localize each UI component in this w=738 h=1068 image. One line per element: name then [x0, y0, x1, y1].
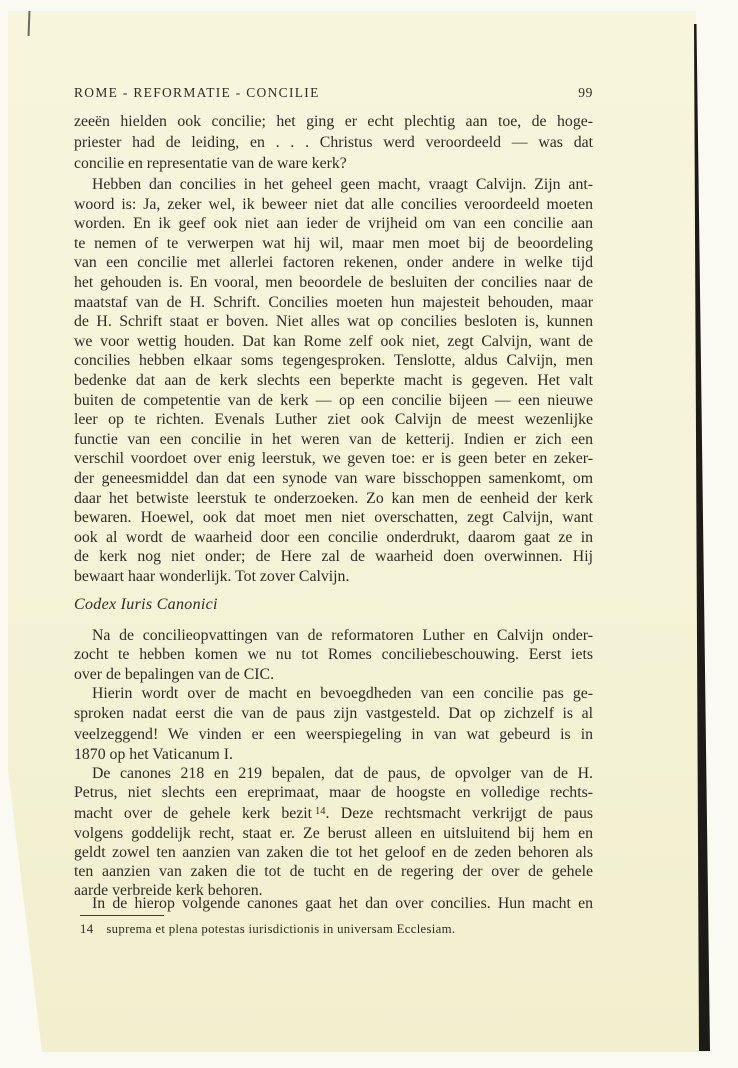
paragraph-part: De canones 218 en 219 bepalen, dat de pa… [74, 764, 593, 802]
text-line: Petrus, niet slechts een ereprimaat, maa… [74, 783, 593, 802]
text-line: ook al wordt de waarheid door een concil… [74, 528, 593, 548]
text-line: volgens goddelijk recht, staat er. Ze be… [74, 824, 593, 843]
text-line: priester had de leiding, en . . . Christ… [74, 132, 593, 153]
text-line: concilie en representatie van de ware ke… [74, 153, 593, 174]
text-line: der geneesmiddel dan dat een synode van … [74, 469, 593, 489]
text-line: Hebben dan concilies in het geheel geen … [74, 175, 593, 195]
section-heading: Codex Iuris Canonici [74, 596, 218, 614]
text-line: bewaart haar wonderlijk. Tot zover Calvi… [74, 567, 593, 587]
text-line: geldt zowel ten aanzien van zaken die to… [74, 843, 593, 862]
text-line: In de hierop volgende canones gaat het d… [74, 894, 593, 914]
text-line: Hierin wordt over de macht en bevoegdhed… [74, 684, 593, 704]
text-line: te nemen of te verwerpen wat hij wil, ma… [74, 234, 593, 254]
text-line: van een concilie met allerlei factoren r… [74, 253, 593, 273]
text-line: over de bepalingen van de CIC. [74, 665, 593, 684]
footnote-text: suprema et plena potestas iurisdictionis… [106, 922, 455, 936]
text-line: 1870 op het Vaticanum I. [74, 745, 593, 765]
text-line: verschil voordoet over enig leerstuk, we… [74, 449, 593, 469]
paragraph: De canones 218 en 219 bepalen, dat de pa… [74, 764, 593, 900]
paragraph-part: volgens goddelijk recht, staat er. Ze be… [74, 824, 593, 901]
text-line: sproken nadat eerst die van de paus zijn… [74, 704, 593, 724]
text-line: De canones 218 en 219 bepalen, dat de pa… [74, 764, 593, 783]
text-line: woord is: Ja, zeker wel, ik beweer niet … [74, 195, 593, 215]
paragraph: Hebben dan concilies in het geheel geen … [74, 175, 593, 586]
text-line: ten aanzien van zaken die tot de tucht e… [74, 862, 593, 881]
page-number: 99 [578, 85, 593, 101]
text-line: maatstaf van de H. Schrift. Concilies mo… [74, 293, 593, 313]
text-line: daar het betwiste leerstuk te onderzoeke… [74, 489, 593, 509]
text-line: worden. En ik geef ook niet aan ieder de… [74, 214, 593, 234]
paragraph: In de hierop volgende canones gaat het d… [74, 894, 593, 914]
footnote-rule [80, 915, 164, 916]
text-line: functie van een concilie in het weren va… [74, 430, 593, 450]
paragraph: Na de concilieopvattingen van de reforma… [74, 626, 593, 684]
text-line: zeeën hielden ook concilie; het ging er … [74, 111, 593, 132]
text-segment: macht over de gehele kerk bezit [74, 805, 312, 822]
text-line: zocht te hebben komen we nu tot Romes co… [74, 645, 593, 664]
text-line: leer op te richten. Evenals Luther ziet … [74, 410, 593, 430]
text-line: buiten de competentie van de kerk — op e… [74, 391, 593, 411]
text-line: concilies hebben elkaar soms tegengespro… [74, 351, 593, 371]
text-line: de H. Schrift staat er boven. Niet alles… [74, 312, 593, 332]
text-line: het gehouden is. En vooral, men beoordel… [74, 273, 593, 293]
footnote-ref-superscript: 14 [315, 806, 326, 817]
footnote-number: 14 [80, 922, 93, 936]
text-segment: . Deze rechtsmacht verkrijgt de paus [326, 805, 593, 822]
running-title: ROME - REFORMATIE - CONCILIE [74, 85, 320, 101]
text-line: macht over de gehele kerk bezit14. Deze … [74, 802, 593, 823]
text-line: we voor wettig houden. Dat kan Rome zelf… [74, 332, 593, 352]
text-line: bedenke dat aan de kerk slechts een bepe… [74, 371, 593, 391]
text-line: Na de concilieopvattingen van de reforma… [74, 626, 593, 645]
text-line: de kerk nog niet onder; de Here zal de w… [74, 547, 593, 567]
footnote: 14suprema et plena potestas iurisdiction… [80, 922, 455, 937]
text-line: veelzeggend! We vinden er een weerspiege… [74, 725, 593, 745]
page-header: ROME - REFORMATIE - CONCILIE 99 [74, 85, 593, 101]
text-line: bewaren. Hoewel, ook dat moet men niet o… [74, 508, 593, 528]
paragraph: zeeën hielden ook concilie; het ging er … [74, 111, 593, 174]
paragraph: Hierin wordt over de macht en bevoegdhed… [74, 684, 593, 765]
